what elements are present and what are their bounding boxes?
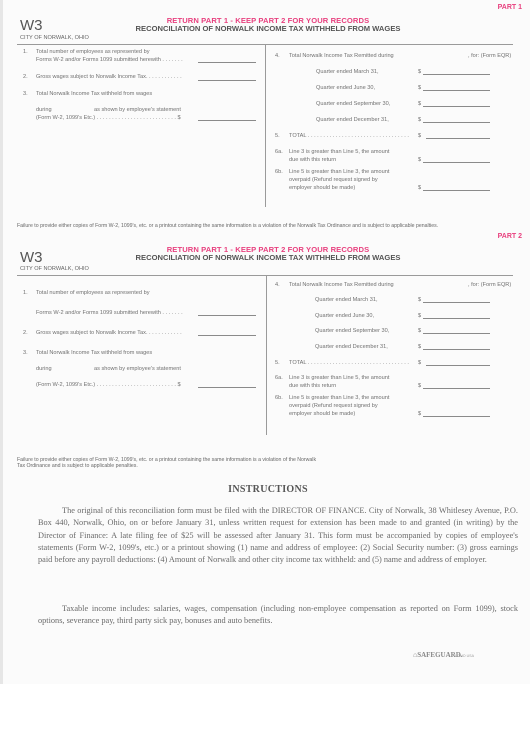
instructions-title: INSTRUCTIONS bbox=[3, 484, 530, 495]
dollar-sign: $ bbox=[418, 85, 421, 91]
line-3-label: Total Norwalk Income Tax withheld from w… bbox=[36, 91, 152, 97]
form-title-part2: RECONCILIATION OF NORWALK INCOME TAX WIT… bbox=[3, 253, 530, 262]
line-3-label-cont: as shown by employee's statement bbox=[94, 107, 181, 113]
form-page: PART 1 RETURN PART 1 - KEEP PART 2 FOR Y… bbox=[0, 0, 530, 684]
column-divider bbox=[265, 44, 266, 207]
line-6a-number: 6a. bbox=[275, 375, 283, 381]
dollar-sign: $ bbox=[418, 101, 421, 107]
line-2-input-part2[interactable] bbox=[198, 335, 256, 336]
line-5-input-part2[interactable] bbox=[426, 365, 490, 366]
dollar-sign: $ bbox=[418, 383, 421, 389]
dollar-sign: $ bbox=[418, 297, 421, 303]
quarter-december-input[interactable] bbox=[423, 122, 490, 123]
quarter-september-input-part2[interactable] bbox=[423, 333, 490, 334]
line-3-number: 3. bbox=[23, 350, 28, 356]
line-1-number: 1. bbox=[23, 49, 28, 55]
dollar-sign: $ bbox=[418, 313, 421, 319]
line-4-label: Total Norwalk Income Tax Remitted during bbox=[289, 282, 394, 288]
quarter-june-input[interactable] bbox=[423, 90, 490, 91]
line-5-number: 5. bbox=[275, 360, 280, 366]
penalty-footnote-part1: Failure to provide either copies of Form… bbox=[17, 223, 438, 229]
line-6a-input[interactable] bbox=[423, 162, 490, 163]
line-1-label: Total number of employees as represented… bbox=[36, 290, 150, 296]
line-6b-number: 6b. bbox=[275, 395, 283, 401]
part-1-label: PART 1 bbox=[498, 4, 522, 11]
line-6b-label: Line 5 is greater than Line 3, the amoun… bbox=[289, 169, 389, 175]
line-1-label-cont: Forms W-2 and/or Forms 1099 submitted he… bbox=[36, 57, 183, 63]
line-6b-label: Line 5 is greater than Line 3, the amoun… bbox=[289, 395, 389, 401]
line-4-for-label: , for: (Form EQR) bbox=[468, 53, 511, 59]
instructions-paragraph-2: Taxable income includes: salaries, wages… bbox=[38, 603, 518, 628]
quarter-march-input[interactable] bbox=[423, 74, 490, 75]
line-3-label-form: (Form W-2, 1099's Etc.) . . . . . . . . … bbox=[36, 115, 181, 121]
quarter-september-input[interactable] bbox=[423, 106, 490, 107]
quarter-march-label: Quarter ended March 31, bbox=[316, 69, 379, 75]
dollar-sign: $ bbox=[418, 411, 421, 417]
dollar-sign: $ bbox=[418, 344, 421, 350]
line-6b-input-part2[interactable] bbox=[423, 416, 490, 417]
dollar-sign: $ bbox=[418, 133, 421, 139]
dollar-sign: $ bbox=[418, 360, 421, 366]
quarter-september-label: Quarter ended September 30, bbox=[316, 101, 390, 107]
line-2-number: 2. bbox=[23, 330, 28, 336]
line-6b-label-cont2: employer should be made) bbox=[289, 411, 355, 417]
quarter-december-label: Quarter ended December 31, bbox=[315, 344, 388, 350]
line-6a-label-cont: due with this return bbox=[289, 383, 336, 389]
line-4-number: 4. bbox=[275, 53, 280, 59]
line-6b-label-cont2: employer should be made) bbox=[289, 185, 355, 191]
divider bbox=[17, 275, 513, 276]
line-3-label-cont: as shown by employee's statement bbox=[94, 366, 181, 372]
dollar-sign: $ bbox=[418, 185, 421, 191]
dollar-sign: $ bbox=[418, 157, 421, 163]
line-6a-label: Line 3 is greater than Line 5, the amoun… bbox=[289, 149, 389, 155]
line-2-label: Gross wages subject to Norwalk Income Ta… bbox=[36, 330, 182, 336]
line-5-label: TOTAL . . . . . . . . . . . . . . . . . … bbox=[289, 360, 409, 366]
line-6a-input-part2[interactable] bbox=[423, 388, 490, 389]
line-3-during: during bbox=[36, 366, 52, 372]
line-1-label: Total number of employees as represented… bbox=[36, 49, 150, 55]
line-2-input[interactable] bbox=[198, 80, 256, 81]
line-6a-label-cont: due with this return bbox=[289, 157, 336, 163]
line-4-for-label: , for: (Form EQR) bbox=[468, 282, 511, 288]
line-5-number: 5. bbox=[275, 133, 280, 139]
quarter-december-label: Quarter ended December 31, bbox=[316, 117, 389, 123]
instructions-paragraph-2-text: Taxable income includes: salaries, wages… bbox=[38, 604, 518, 625]
line-3-label-form: (Form W-2, 1099's Etc.) . . . . . . . . … bbox=[36, 382, 181, 388]
litho-imprint: LITHO USA bbox=[455, 654, 474, 658]
form-code-part2: W3 bbox=[20, 249, 43, 266]
column-divider bbox=[266, 275, 267, 435]
city-label-part2: CITY OF NORWALK, OHIO bbox=[20, 266, 89, 272]
line-5-label: TOTAL . . . . . . . . . . . . . . . . . … bbox=[289, 133, 409, 139]
line-2-number: 2. bbox=[23, 74, 28, 80]
line-6b-number: 6b. bbox=[275, 169, 283, 175]
dollar-sign: $ bbox=[418, 328, 421, 334]
line-6b-input[interactable] bbox=[423, 190, 490, 191]
form-code: W3 bbox=[20, 17, 43, 34]
line-6a-number: 6a. bbox=[275, 149, 283, 155]
quarter-march-input-part2[interactable] bbox=[423, 302, 490, 303]
instructions-paragraph-1-text: The original of this reconciliation form… bbox=[38, 506, 518, 564]
penalty-footnote-part2-cont: Tax Ordinance and is subject to applicab… bbox=[17, 463, 138, 469]
line-3-number: 3. bbox=[23, 91, 28, 97]
quarter-december-input-part2[interactable] bbox=[423, 349, 490, 350]
form-title: RECONCILIATION OF NORWALK INCOME TAX WIT… bbox=[3, 24, 530, 33]
quarter-june-input-part2[interactable] bbox=[423, 318, 490, 319]
line-1-input[interactable] bbox=[198, 62, 256, 63]
line-3-input-part2[interactable] bbox=[198, 387, 256, 388]
line-1-input-part2[interactable] bbox=[198, 315, 256, 316]
part-2-label: PART 2 bbox=[498, 233, 522, 240]
line-6a-label: Line 3 is greater than Line 5, the amoun… bbox=[289, 375, 389, 381]
line-3-label: Total Norwalk Income Tax withheld from w… bbox=[36, 350, 152, 356]
line-1-number: 1. bbox=[23, 290, 28, 296]
line-5-input[interactable] bbox=[426, 138, 490, 139]
line-3-input[interactable] bbox=[198, 120, 256, 121]
city-label: CITY OF NORWALK, OHIO bbox=[20, 35, 89, 41]
line-6b-label-cont: overpaid (Refund request signed by bbox=[289, 177, 378, 183]
line-6b-label-cont: overpaid (Refund request signed by bbox=[289, 403, 378, 409]
quarter-june-label: Quarter ended June 30, bbox=[315, 313, 374, 319]
quarter-september-label: Quarter ended September 30, bbox=[315, 328, 389, 334]
dollar-sign: $ bbox=[418, 69, 421, 75]
line-4-number: 4. bbox=[275, 282, 280, 288]
quarter-june-label: Quarter ended June 30, bbox=[316, 85, 375, 91]
instructions-paragraph-1: The original of this reconciliation form… bbox=[38, 505, 518, 566]
line-1-label-cont: Forms W-2 and/or Forms 1099 submitted he… bbox=[36, 310, 183, 316]
dollar-sign: $ bbox=[418, 117, 421, 123]
line-2-label: Gross wages subject to Norwalk Income Ta… bbox=[36, 74, 182, 80]
line-4-label: Total Norwalk Income Tax Remitted during bbox=[289, 53, 394, 59]
line-3-during: during bbox=[36, 107, 52, 113]
quarter-march-label: Quarter ended March 31, bbox=[315, 297, 378, 303]
